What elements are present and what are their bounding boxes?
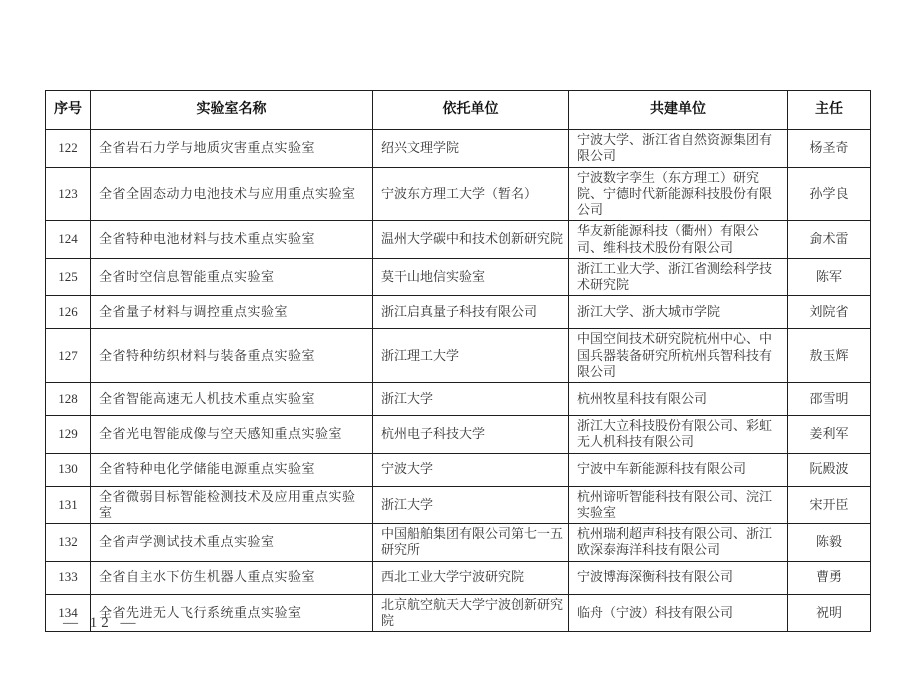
cell-director: 姜利军 — [788, 416, 871, 454]
cell-host-unit: 浙江大学 — [373, 486, 569, 524]
cell-partner-units: 杭州牧星科技有限公司 — [569, 383, 788, 416]
page-number: — 12 — — [63, 615, 140, 632]
column-header-director: 主任 — [788, 91, 871, 130]
cell-host-unit: 中国船舶集团有限公司第七一五研究所 — [373, 524, 569, 562]
cell-no: 129 — [46, 416, 91, 454]
cell-partner-units: 浙江大学、浙大城市学院 — [569, 296, 788, 329]
cell-lab-name: 全省特种纺织材料与装备重点实验室 — [91, 329, 373, 383]
cell-partner-units: 杭州谛听智能科技有限公司、浣江实验室 — [569, 486, 788, 524]
cell-no: 122 — [46, 130, 91, 168]
cell-no: 133 — [46, 561, 91, 594]
cell-lab-name: 全省时空信息智能重点实验室 — [91, 258, 373, 296]
cell-partner-units: 宁波数字孪生（东方理工）研究院、宁德时代新能源科技股份有限公司 — [569, 167, 788, 221]
cell-lab-name: 全省微弱目标智能检测技术及应用重点实验室 — [91, 486, 373, 524]
cell-host-unit: 浙江理工大学 — [373, 329, 569, 383]
table-row: 131 全省微弱目标智能检测技术及应用重点实验室 浙江大学 杭州谛听智能科技有限… — [46, 486, 871, 524]
cell-host-unit: 绍兴文理学院 — [373, 130, 569, 168]
cell-partner-units: 宁波博海深衡科技有限公司 — [569, 561, 788, 594]
cell-no: 127 — [46, 329, 91, 383]
cell-lab-name: 全省特种电化学储能电源重点实验室 — [91, 453, 373, 486]
table-row: 129 全省光电智能成像与空天感知重点实验室 杭州电子科技大学 浙江大立科技股份… — [46, 416, 871, 454]
cell-partner-units: 杭州瑞利超声科技有限公司、浙江欧深泰海洋科技有限公司 — [569, 524, 788, 562]
document-page: 序号 实验室名称 依托单位 共建单位 主任 122 全省岩石力学与地质灾害重点实… — [0, 0, 915, 686]
cell-director: 阮殿波 — [788, 453, 871, 486]
cell-no: 132 — [46, 524, 91, 562]
cell-director: 邵雪明 — [788, 383, 871, 416]
cell-lab-name: 全省特种电池材料与技术重点实验室 — [91, 221, 373, 259]
table-row: 123 全省全固态动力电池技术与应用重点实验室 宁波东方理工大学（暂名） 宁波数… — [46, 167, 871, 221]
cell-director: 刘院省 — [788, 296, 871, 329]
cell-partner-units: 浙江工业大学、浙江省测绘科学技术研究院 — [569, 258, 788, 296]
cell-no: 131 — [46, 486, 91, 524]
cell-director: 曹勇 — [788, 561, 871, 594]
cell-host-unit: 温州大学碳中和技术创新研究院 — [373, 221, 569, 259]
column-header-no: 序号 — [46, 91, 91, 130]
cell-host-unit: 宁波东方理工大学（暂名） — [373, 167, 569, 221]
cell-no: 130 — [46, 453, 91, 486]
cell-host-unit: 西北工业大学宁波研究院 — [373, 561, 569, 594]
cell-lab-name: 全省全固态动力电池技术与应用重点实验室 — [91, 167, 373, 221]
cell-director: 陈军 — [788, 258, 871, 296]
cell-host-unit: 浙江启真量子科技有限公司 — [373, 296, 569, 329]
cell-host-unit: 浙江大学 — [373, 383, 569, 416]
table-row: 125 全省时空信息智能重点实验室 莫干山地信实验室 浙江工业大学、浙江省测绘科… — [46, 258, 871, 296]
cell-lab-name: 全省岩石力学与地质灾害重点实验室 — [91, 130, 373, 168]
table-row: 134 全省先进无人飞行系统重点实验室 北京航空航天大学宁波创新研究院 临舟（宁… — [46, 594, 871, 632]
cell-director: 陈毅 — [788, 524, 871, 562]
cell-host-unit: 杭州电子科技大学 — [373, 416, 569, 454]
table-row: 127 全省特种纺织材料与装备重点实验室 浙江理工大学 中国空间技术研究院杭州中… — [46, 329, 871, 383]
cell-lab-name: 全省量子材料与调控重点实验室 — [91, 296, 373, 329]
cell-host-unit: 北京航空航天大学宁波创新研究院 — [373, 594, 569, 632]
cell-director: 宋开臣 — [788, 486, 871, 524]
cell-lab-name: 全省自主水下仿生机器人重点实验室 — [91, 561, 373, 594]
cell-lab-name: 全省光电智能成像与空天感知重点实验室 — [91, 416, 373, 454]
cell-partner-units: 浙江大立科技股份有限公司、彩虹无人机科技有限公司 — [569, 416, 788, 454]
cell-no: 123 — [46, 167, 91, 221]
cell-partner-units: 中国空间技术研究院杭州中心、中国兵器装备研究所杭州兵智科技有限公司 — [569, 329, 788, 383]
table-row: 126 全省量子材料与调控重点实验室 浙江启真量子科技有限公司 浙江大学、浙大城… — [46, 296, 871, 329]
table-header-row: 序号 实验室名称 依托单位 共建单位 主任 — [46, 91, 871, 130]
table-row: 128 全省智能高速无人机技术重点实验室 浙江大学 杭州牧星科技有限公司 邵雪明 — [46, 383, 871, 416]
table-row: 130 全省特种电化学储能电源重点实验室 宁波大学 宁波中车新能源科技有限公司 … — [46, 453, 871, 486]
cell-partner-units: 宁波中车新能源科技有限公司 — [569, 453, 788, 486]
table-row: 122 全省岩石力学与地质灾害重点实验室 绍兴文理学院 宁波大学、浙江省自然资源… — [46, 130, 871, 168]
table-row: 133 全省自主水下仿生机器人重点实验室 西北工业大学宁波研究院 宁波博海深衡科… — [46, 561, 871, 594]
table-row: 124 全省特种电池材料与技术重点实验室 温州大学碳中和技术创新研究院 华友新能… — [46, 221, 871, 259]
table-row: 132 全省声学测试技术重点实验室 中国船舶集团有限公司第七一五研究所 杭州瑞利… — [46, 524, 871, 562]
column-header-partner-units: 共建单位 — [569, 91, 788, 130]
cell-no: 126 — [46, 296, 91, 329]
cell-no: 128 — [46, 383, 91, 416]
cell-partner-units: 临舟（宁波）科技有限公司 — [569, 594, 788, 632]
cell-director: 祝明 — [788, 594, 871, 632]
cell-no: 125 — [46, 258, 91, 296]
labs-table: 序号 实验室名称 依托单位 共建单位 主任 122 全省岩石力学与地质灾害重点实… — [45, 90, 871, 632]
cell-director: 敖玉辉 — [788, 329, 871, 383]
column-header-lab-name: 实验室名称 — [91, 91, 373, 130]
cell-director: 杨圣奇 — [788, 130, 871, 168]
cell-no: 124 — [46, 221, 91, 259]
cell-host-unit: 莫干山地信实验室 — [373, 258, 569, 296]
cell-partner-units: 华友新能源科技（衢州）有限公司、维科技术股份有限公司 — [569, 221, 788, 259]
cell-lab-name: 全省智能高速无人机技术重点实验室 — [91, 383, 373, 416]
cell-director: 孙学良 — [788, 167, 871, 221]
cell-partner-units: 宁波大学、浙江省自然资源集团有限公司 — [569, 130, 788, 168]
cell-host-unit: 宁波大学 — [373, 453, 569, 486]
column-header-host-unit: 依托单位 — [373, 91, 569, 130]
cell-lab-name: 全省声学测试技术重点实验室 — [91, 524, 373, 562]
cell-director: 侴术雷 — [788, 221, 871, 259]
